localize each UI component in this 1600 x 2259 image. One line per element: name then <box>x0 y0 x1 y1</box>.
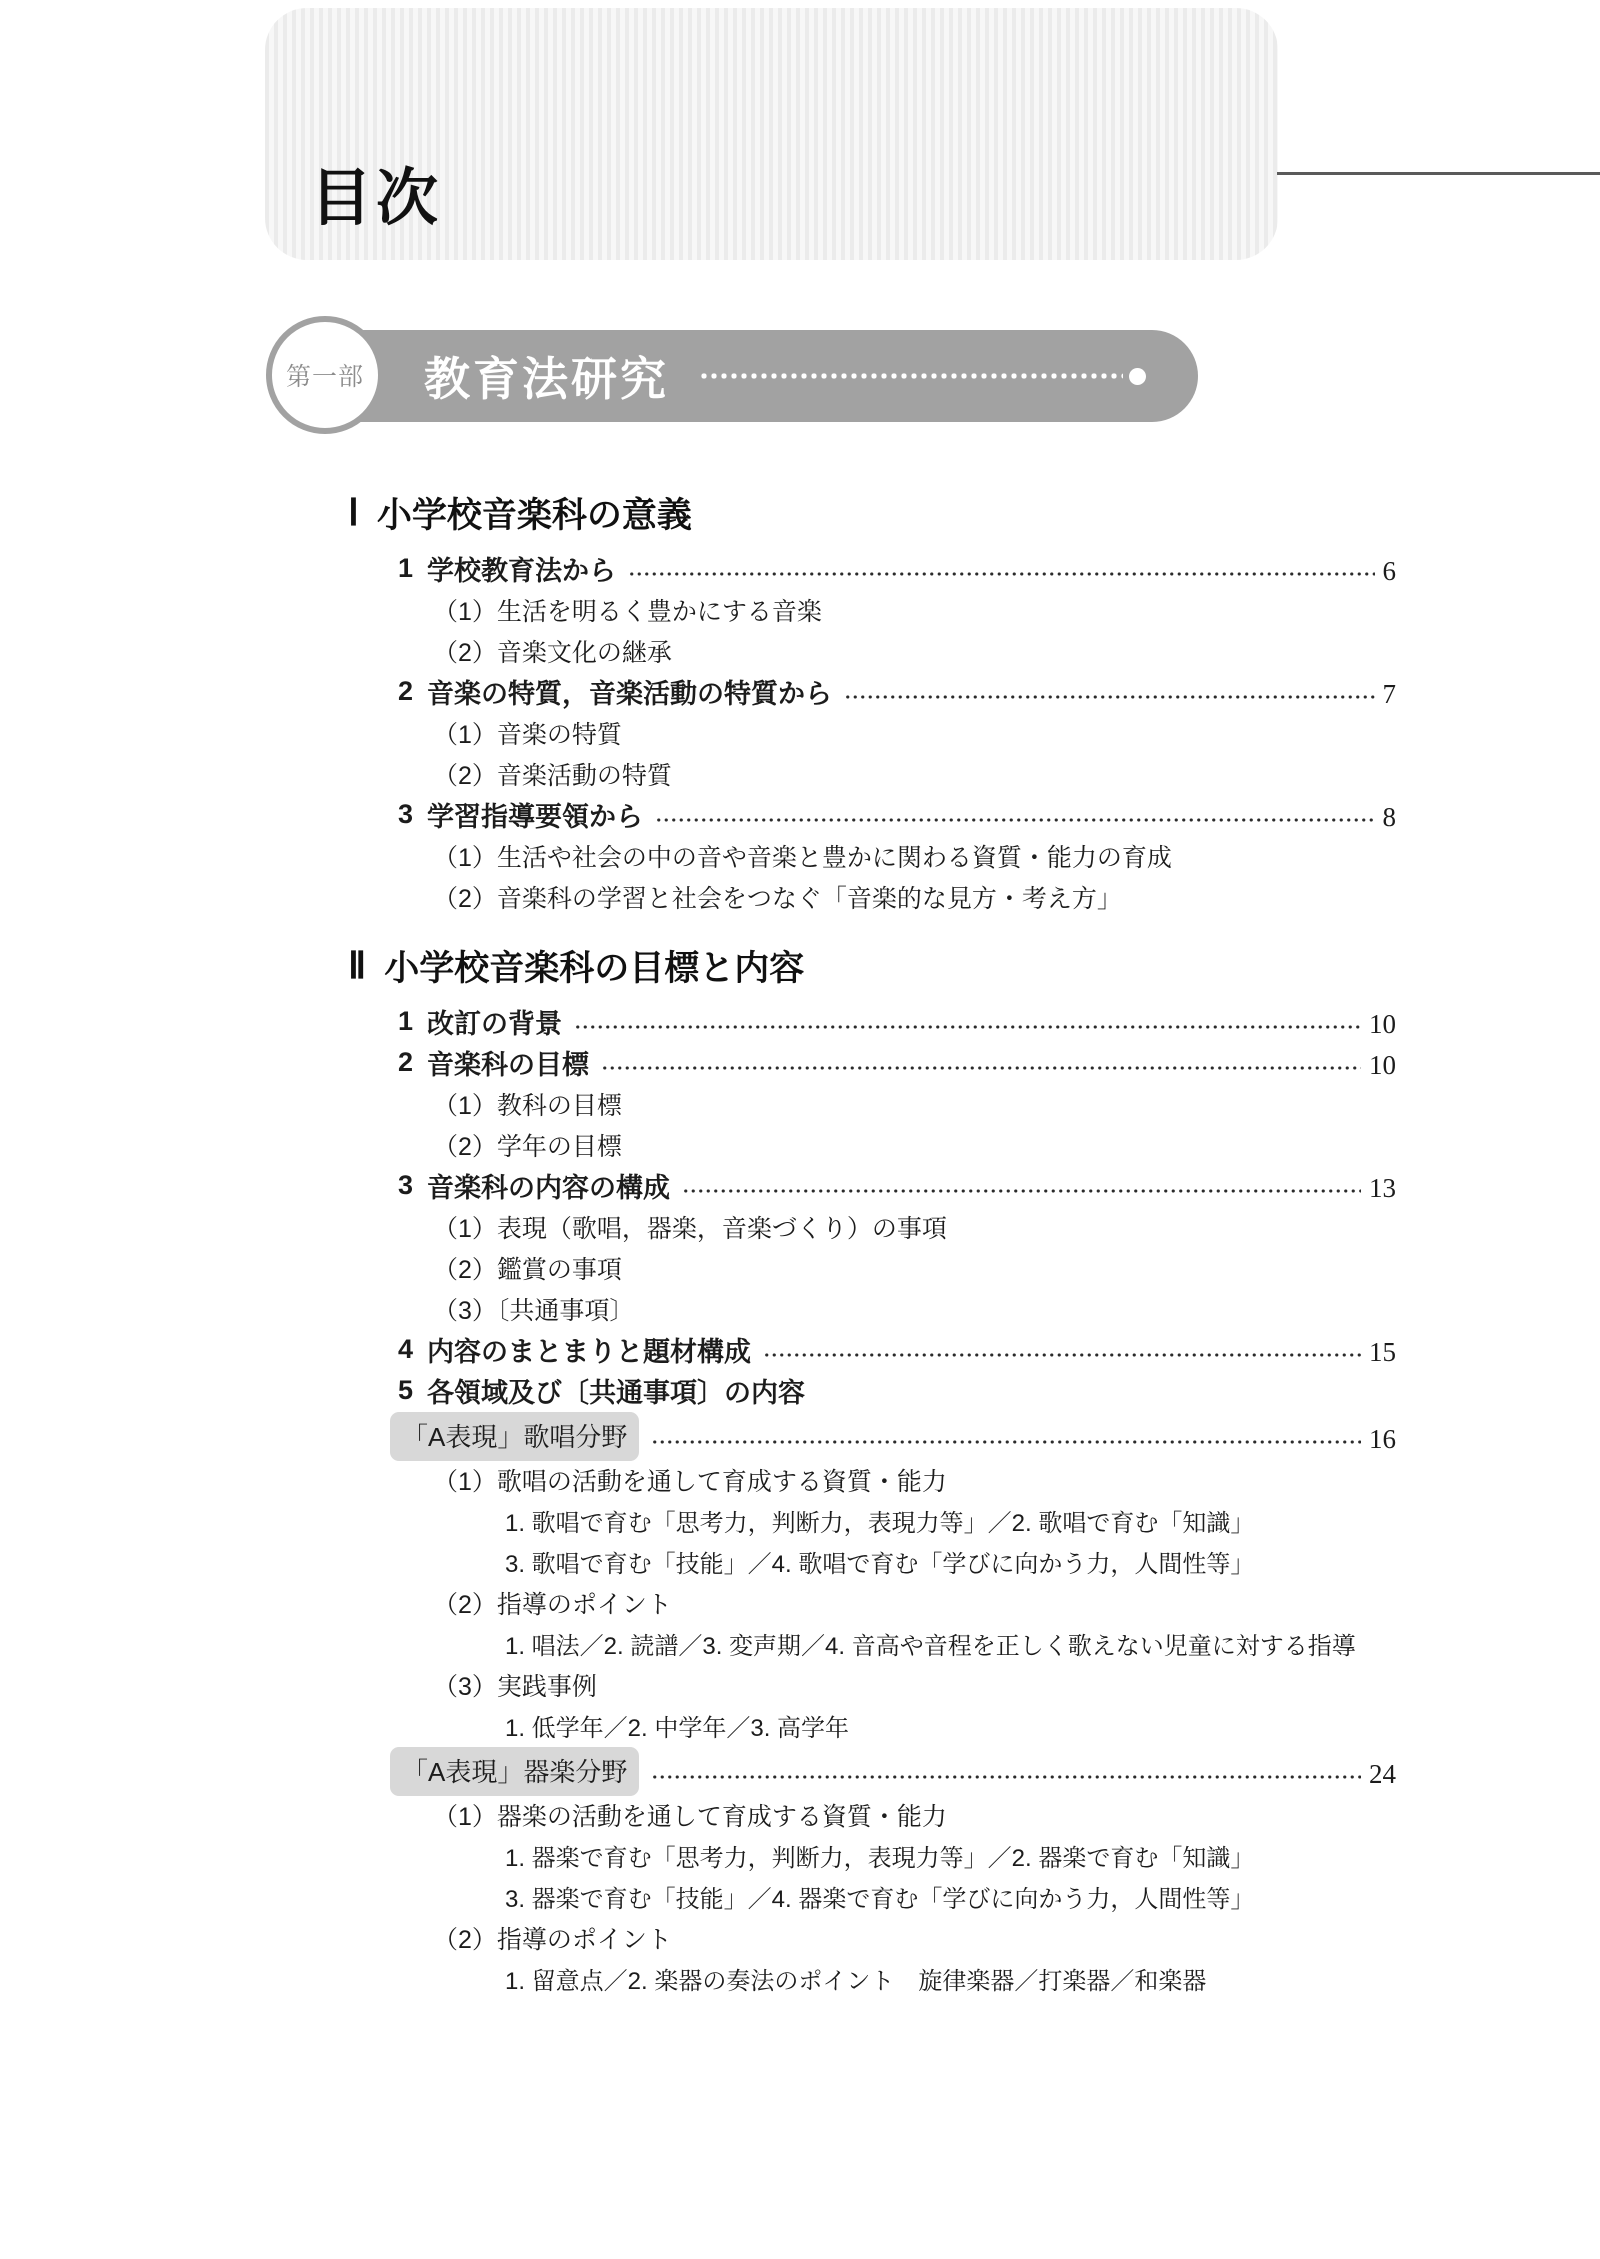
entry-title: （2）音楽科の学習と社会をつなぐ「音楽的な見方・考え方」 <box>433 879 1122 915</box>
toc-entry-sub[interactable]: （3）〔共通事項〕 <box>433 1288 1396 1329</box>
entry-title: （2）音楽文化の継承 <box>433 633 672 669</box>
item-title: 学校教育法から <box>427 549 616 588</box>
toc-entry-item[interactable]: 5各領域及び〔共通事項〕の内容 <box>398 1370 1396 1411</box>
toc-entry-subsub[interactable]: 1. 留意点／2. 楽器の奏法のポイント 旋律楽器／打楽器／和楽器 <box>505 1958 1396 1999</box>
entry-title: （1）表現（歌唱，器楽，音楽づくり）の事項 <box>433 1209 947 1245</box>
dot-leader <box>763 1350 1361 1360</box>
section-title: 小学校音楽科の意義 <box>377 488 692 538</box>
part-title: 教育法研究 <box>424 343 669 409</box>
entry-title: （1）生活を明るく豊かにする音楽 <box>433 592 822 628</box>
item-title: 学習指導要領から <box>427 795 643 834</box>
header-rule <box>1277 172 1600 175</box>
section-numeral: Ⅰ <box>348 491 359 535</box>
dot-leader <box>651 1772 1361 1782</box>
dot-leader <box>574 1022 1361 1032</box>
category-chip: 「A表現」歌唱分野 <box>390 1412 639 1461</box>
toc-entry-subsub[interactable]: 1. 器楽で育む「思考力，判断力，表現力等」／2. 器楽で育む「知識」 <box>505 1835 1396 1876</box>
item-number: 5 <box>398 1375 413 1406</box>
toc-entry-subsub[interactable]: 1. 歌唱で育む「思考力，判断力，表現力等」／2. 歌唱で育む「知識」 <box>505 1500 1396 1541</box>
toc-entry-item[interactable]: 3音楽科の内容の構成13 <box>398 1165 1396 1206</box>
toc-entry-sub[interactable]: （1）表現（歌唱，器楽，音楽づくり）の事項 <box>433 1206 1396 1247</box>
toc-entry-sub[interactable]: （2）音楽活動の特質 <box>433 753 1396 794</box>
banner-dotted-leader <box>699 366 1123 386</box>
page-number: 8 <box>1383 802 1397 833</box>
toc-entry-sub[interactable]: （2）指導のポイント <box>433 1917 1396 1958</box>
toc-entry-sub[interactable]: （1）音楽の特質 <box>433 712 1396 753</box>
page-number: 10 <box>1369 1009 1396 1040</box>
toc-entry-sub[interactable]: （2）鑑賞の事項 <box>433 1247 1396 1288</box>
toc-entry-subsub[interactable]: 1. 唱法／2. 読譜／3. 変声期／4. 音高や音程を正しく歌えない児童に対す… <box>505 1623 1396 1664</box>
page-title: 目次 <box>310 148 442 237</box>
section-title: 小学校音楽科の目標と内容 <box>384 941 804 991</box>
entry-title: 1. 歌唱で育む「思考力，判断力，表現力等」／2. 歌唱で育む「知識」 <box>505 1503 1254 1538</box>
toc-entry-sub[interactable]: （2）学年の目標 <box>433 1124 1396 1165</box>
toc-entry-subsub[interactable]: 3. 器楽で育む「技能」／4. 器楽で育む「学びに向かう力，人間性等」 <box>505 1876 1396 1917</box>
toc-entry-sub[interactable]: （2）指導のポイント <box>433 1582 1396 1623</box>
section-numeral: Ⅱ <box>348 944 366 988</box>
entry-title: 1. 留意点／2. 楽器の奏法のポイント 旋律楽器／打楽器／和楽器 <box>505 1961 1206 1996</box>
category-chip: 「A表現」器楽分野 <box>390 1747 639 1796</box>
entry-title: （1）生活や社会の中の音や音楽と豊かに関わる資質・能力の育成 <box>433 838 1172 874</box>
toc-entry-item[interactable]: 1学校教育法から6 <box>398 548 1396 589</box>
item-number: 4 <box>398 1334 413 1365</box>
toc-entry-sub[interactable]: （3）実践事例 <box>433 1664 1396 1705</box>
item-title: 音楽科の目標 <box>427 1043 589 1082</box>
item-number: 1 <box>398 553 413 584</box>
entry-title: （1）器楽の活動を通して育成する資質・能力 <box>433 1797 947 1833</box>
part-label: 第一部 <box>286 357 364 393</box>
entry-title: （2）学年の目標 <box>433 1127 622 1163</box>
item-number: 3 <box>398 1170 413 1201</box>
toc-entry-section[interactable]: Ⅱ小学校音楽科の目標と内容 <box>348 940 1396 992</box>
part-banner: 第一部 教育法研究 <box>302 330 1198 422</box>
entry-title: 3. 歌唱で育む「技能」／4. 歌唱で育む「学びに向かう力，人間性等」 <box>505 1544 1254 1579</box>
entry-title: （1）歌唱の活動を通して育成する資質・能力 <box>433 1462 947 1498</box>
page-number: 13 <box>1369 1173 1396 1204</box>
part-label-circle: 第一部 <box>266 316 384 434</box>
dot-leader <box>651 1437 1361 1447</box>
toc-entry-chip[interactable]: 「A表現」器楽分野24 <box>390 1749 1396 1794</box>
toc-entry-sub[interactable]: （2）音楽文化の継承 <box>433 630 1396 671</box>
toc-entry-sub[interactable]: （1）器楽の活動を通して育成する資質・能力 <box>433 1794 1396 1835</box>
entry-title: （3）実践事例 <box>433 1667 597 1703</box>
toc-entry-item[interactable]: 1改訂の背景10 <box>398 1001 1396 1042</box>
item-number: 2 <box>398 1047 413 1078</box>
entry-title: （2）指導のポイント <box>433 1920 672 1956</box>
toc-entry-section[interactable]: Ⅰ小学校音楽科の意義 <box>348 487 1396 539</box>
toc-entry-sub[interactable]: （1）歌唱の活動を通して育成する資質・能力 <box>433 1459 1396 1500</box>
item-title: 音楽の特質，音楽活動の特質から <box>427 672 832 711</box>
dot-leader <box>628 569 1374 579</box>
toc-entry-sub[interactable]: （1）教科の目標 <box>433 1083 1396 1124</box>
toc-entry-sub[interactable]: （1）生活を明るく豊かにする音楽 <box>433 589 1396 630</box>
page-number: 10 <box>1369 1050 1396 1081</box>
entry-title: 1. 唱法／2. 読譜／3. 変声期／4. 音高や音程を正しく歌えない児童に対す… <box>505 1626 1356 1661</box>
entry-title: 3. 器楽で育む「技能」／4. 器楽で育む「学びに向かう力，人間性等」 <box>505 1879 1254 1914</box>
entry-title: （3）〔共通事項〕 <box>433 1291 634 1327</box>
item-number: 1 <box>398 1006 413 1037</box>
toc-entry-sub[interactable]: （2）音楽科の学習と社会をつなぐ「音楽的な見方・考え方」 <box>433 876 1396 917</box>
banner-end-dot <box>1129 368 1146 385</box>
page-number: 15 <box>1369 1337 1396 1368</box>
item-title: 改訂の背景 <box>427 1002 562 1041</box>
toc-entry-chip[interactable]: 「A表現」歌唱分野16 <box>390 1414 1396 1459</box>
item-title: 音楽科の内容の構成 <box>427 1166 670 1205</box>
dot-leader <box>601 1063 1361 1073</box>
dot-leader <box>682 1186 1361 1196</box>
entry-title: （2）鑑賞の事項 <box>433 1250 622 1286</box>
toc-entry-item[interactable]: 4内容のまとまりと題材構成15 <box>398 1329 1396 1370</box>
entry-title: 1. 低学年／2. 中学年／3. 高学年 <box>505 1708 849 1743</box>
toc-entry-item[interactable]: 3学習指導要領から8 <box>398 794 1396 835</box>
entry-title: （1）音楽の特質 <box>433 715 622 751</box>
toc-entry-item[interactable]: 2音楽科の目標10 <box>398 1042 1396 1083</box>
dot-leader <box>655 815 1374 825</box>
entry-title: （1）教科の目標 <box>433 1086 622 1122</box>
dot-leader <box>844 692 1374 702</box>
item-title: 各領域及び〔共通事項〕の内容 <box>427 1371 805 1410</box>
toc-entry-subsub[interactable]: 1. 低学年／2. 中学年／3. 高学年 <box>505 1705 1396 1746</box>
entry-title: （2）音楽活動の特質 <box>433 756 672 792</box>
entry-title: （2）指導のポイント <box>433 1585 672 1621</box>
entry-title: 1. 器楽で育む「思考力，判断力，表現力等」／2. 器楽で育む「知識」 <box>505 1838 1254 1873</box>
toc-entry-item[interactable]: 2音楽の特質，音楽活動の特質から7 <box>398 671 1396 712</box>
page-number: 16 <box>1369 1424 1396 1455</box>
item-number: 2 <box>398 676 413 707</box>
item-number: 3 <box>398 799 413 830</box>
toc-header-box: 目次 <box>265 8 1278 260</box>
toc-entry-sub[interactable]: （1）生活や社会の中の音や音楽と豊かに関わる資質・能力の育成 <box>433 835 1396 876</box>
toc-entry-subsub[interactable]: 3. 歌唱で育む「技能」／4. 歌唱で育む「学びに向かう力，人間性等」 <box>505 1541 1396 1582</box>
toc-list: Ⅰ小学校音楽科の意義1学校教育法から6（1）生活を明るく豊かにする音楽（2）音楽… <box>348 487 1396 1999</box>
item-title: 内容のまとまりと題材構成 <box>427 1330 751 1369</box>
page-number: 7 <box>1383 679 1397 710</box>
page-number: 24 <box>1369 1759 1396 1790</box>
page-number: 6 <box>1383 556 1397 587</box>
